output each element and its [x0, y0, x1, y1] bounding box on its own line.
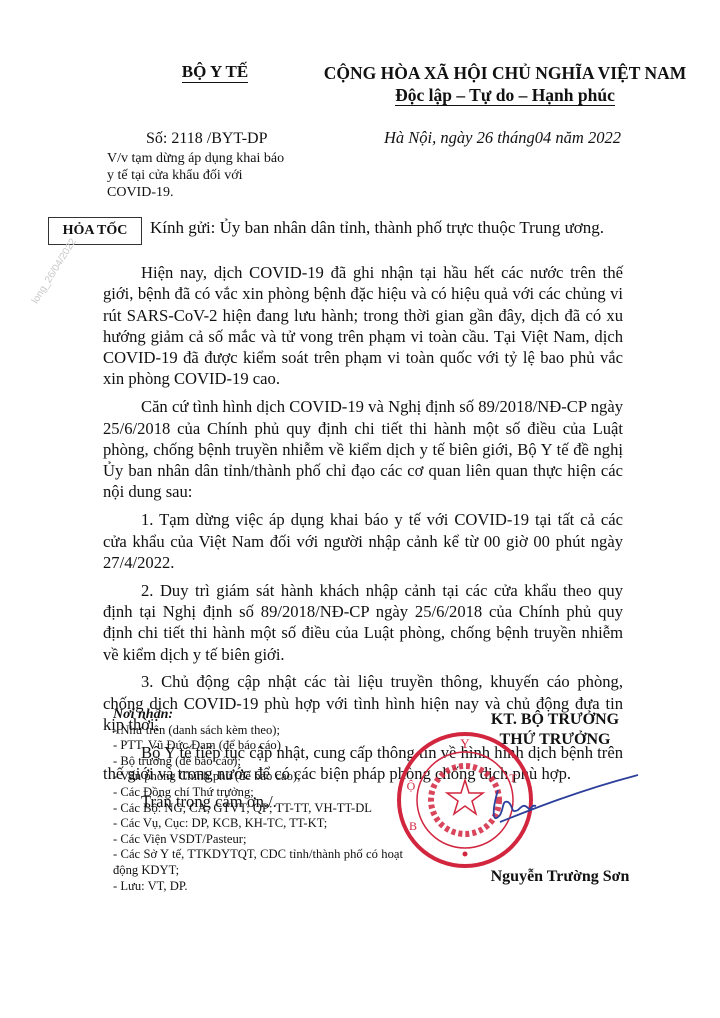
nation-name: CỘNG HÒA XÃ HỘI CHỦ NGHĨA VIỆT NAM [300, 62, 710, 84]
recipient-item: - Văn phòng Chính phủ (để báo cáo); [113, 769, 403, 785]
organization-name: BỘ Y TẾ [160, 62, 270, 82]
recipient-item: - Các Viện VSDT/Pasteur; [113, 832, 403, 848]
signer-name: Nguyễn Trường Sơn [470, 868, 650, 886]
document-subject: V/v tạm dừng áp dụng khai báo y tế tại c… [107, 150, 307, 201]
recipients-heading: Nơi nhận: [113, 707, 403, 723]
date-line: Hà Nội, ngày 26 tháng04 năm 2022 [384, 128, 621, 148]
recipient-line: Kính gửi: Ủy ban nhân dân tỉnh, thành ph… [150, 218, 604, 238]
organization-label: BỘ Y TẾ [182, 62, 248, 83]
motto: Độc lập – Tự do – Hạnh phúc [300, 84, 710, 106]
body-paragraph: 2. Duy trì giám sát hành khách nhập cảnh… [103, 580, 623, 665]
recipient-item: - Bộ trưởng (để báo cáo); [113, 754, 403, 770]
signer-title-line1: KT. BỘ TRƯỞNG [470, 710, 640, 730]
signer-title-line2: THỨ TRƯỞNG [470, 730, 640, 750]
svg-text:Ộ: Ộ [407, 779, 416, 793]
recipients-list: Nơi nhận: - Như trên (danh sách kèm theo… [113, 707, 403, 894]
recipient-item: - PTT. Vũ Đức Đam (để báo cáo) [113, 738, 403, 754]
body-paragraph: 1. Tạm dừng việc áp dụng khai báo y tế v… [103, 509, 623, 573]
svg-text:Y: Y [460, 736, 470, 751]
motto-text: Độc lập – Tự do – Hạnh phúc [395, 85, 615, 106]
subject-line: V/v tạm dừng áp dụng khai báo [107, 150, 307, 167]
signature-icon [490, 770, 640, 830]
recipient-item: - Các Bộ: NG; CA; GTVT; QP; TT-TT, VH-TT… [113, 801, 403, 817]
subject-line: COVID-19. [107, 184, 307, 201]
recipient-item: - Như trên (danh sách kèm theo); [113, 723, 403, 739]
subject-line: y tế tại cửa khẩu đối với [107, 167, 307, 184]
recipient-item: - Lưu: VT, DP. [113, 879, 403, 895]
recipient-item: - Các Đồng chí Thứ trưởng; [113, 785, 403, 801]
recipient-item: - Các Vụ, Cục: DP, KCB, KH-TC, TT-KT; [113, 816, 403, 832]
urgency-badge: HỎA TỐC [48, 217, 142, 245]
body-paragraph: Hiện nay, dịch COVID-19 đã ghi nhận tại … [103, 262, 623, 390]
national-heading: CỘNG HÒA XÃ HỘI CHỦ NGHĨA VIỆT NAM Độc l… [300, 62, 710, 106]
svg-text:B: B [409, 819, 417, 833]
document-number: Số: 2118 /BYT-DP [146, 130, 268, 148]
body-paragraph: Căn cứ tình hình dịch COVID-19 và Nghị đ… [103, 396, 623, 502]
watermark: long_26/04/2022 [30, 237, 79, 306]
signer-title: KT. BỘ TRƯỞNG THỨ TRƯỞNG [470, 710, 640, 750]
recipient-item: - Các Sở Y tế, TTKDYTQT, CDC tỉnh/thành … [113, 847, 403, 878]
